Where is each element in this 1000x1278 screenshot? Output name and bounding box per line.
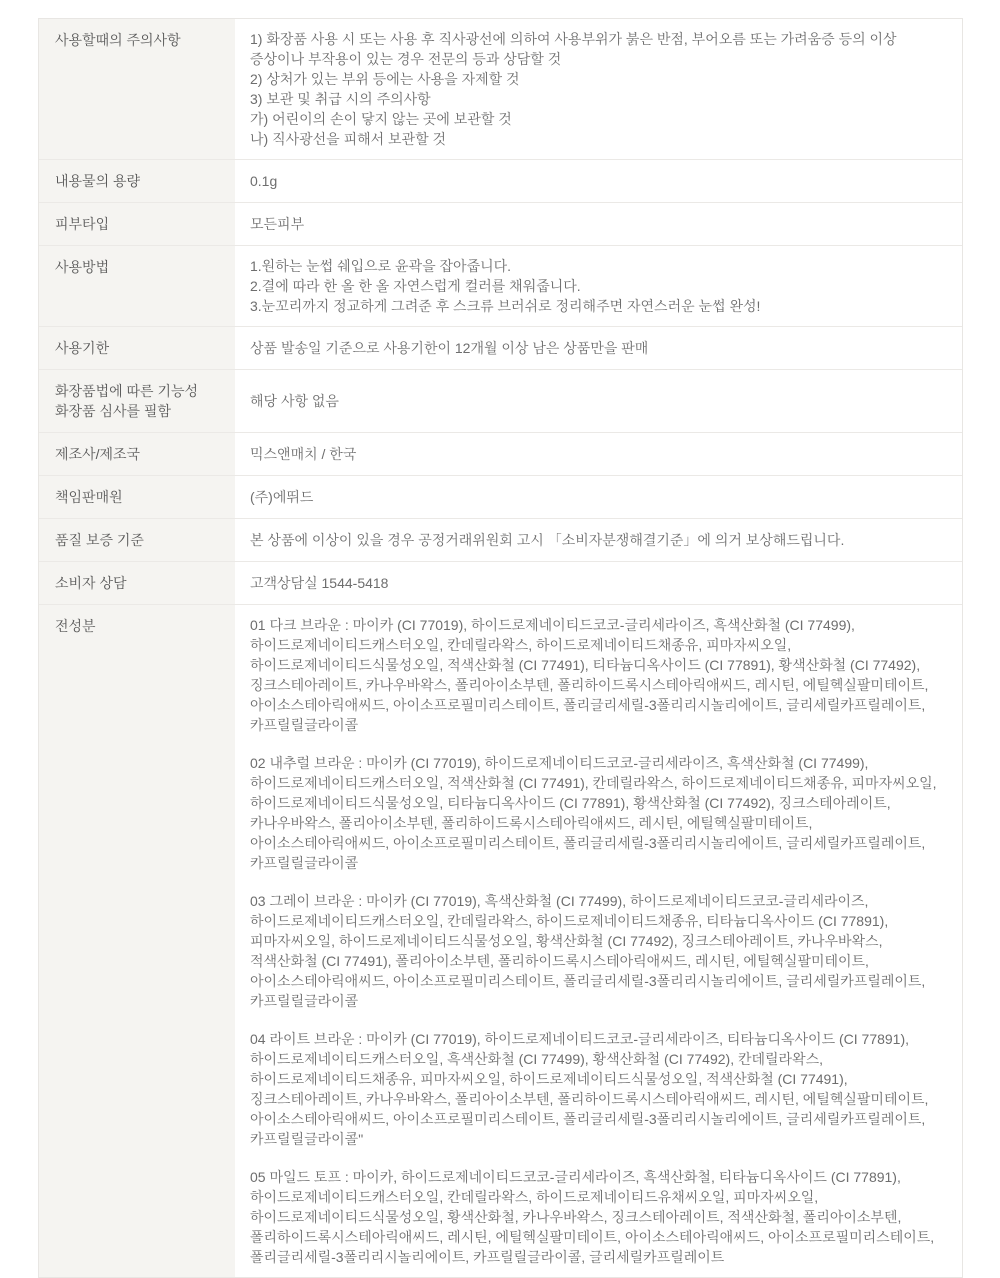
row-value: 고객상담실 1544-5418: [235, 562, 962, 604]
row-label: 화장품법에 따른 기능성 화장품 심사를 필함: [39, 370, 235, 432]
row-label: 피부타입: [39, 203, 235, 245]
value-paragraph: 02 내추럴 브라운 : 마이카 (CI 77019), 하이드로제네이티드코코…: [250, 753, 944, 873]
value-paragraph: 1.원하는 눈썹 쉐입으로 윤곽을 잡아줍니다. 2.결에 따라 한 올 한 올…: [250, 256, 944, 316]
row-value: 믹스앤매치 / 한국: [235, 433, 962, 475]
value-paragraph: 상품 발송일 기준으로 사용기한이 12개월 이상 남은 상품만을 판매: [250, 338, 944, 358]
table-row: 사용할때의 주의사항 1) 화장품 사용 시 또는 사용 후 직사광선에 의하여…: [39, 19, 962, 160]
row-label: 사용기한: [39, 327, 235, 369]
value-paragraph: 해당 사항 없음: [250, 391, 944, 411]
row-label: 제조사/제조국: [39, 433, 235, 475]
value-paragraph: 04 라이트 브라운 : 마이카 (CI 77019), 하이드로제네이티드코코…: [250, 1029, 944, 1149]
row-value: 모든피부: [235, 203, 962, 245]
row-value: 1) 화장품 사용 시 또는 사용 후 직사광선에 의하여 사용부위가 붉은 반…: [235, 19, 962, 159]
row-value: (주)에뛰드: [235, 476, 962, 518]
row-label: 사용할때의 주의사항: [39, 19, 235, 159]
row-value: 상품 발송일 기준으로 사용기한이 12개월 이상 남은 상품만을 판매: [235, 327, 962, 369]
value-paragraph: 고객상담실 1544-5418: [250, 573, 944, 593]
row-value: 1.원하는 눈썹 쉐입으로 윤곽을 잡아줍니다. 2.결에 따라 한 올 한 올…: [235, 246, 962, 326]
value-paragraph: 믹스앤매치 / 한국: [250, 444, 944, 464]
row-label: 책임판매원: [39, 476, 235, 518]
table-row: 화장품법에 따른 기능성 화장품 심사를 필함 해당 사항 없음: [39, 370, 962, 433]
row-label: 내용물의 용량: [39, 160, 235, 202]
value-paragraph: 01 다크 브라운 : 마이카 (CI 77019), 하이드로제네이티드코코-…: [250, 615, 944, 735]
value-paragraph: 05 마일드 토프 : 마이카, 하이드로제네이티드코코-글리세라이즈, 흑색산…: [250, 1167, 944, 1267]
value-paragraph: 1) 화장품 사용 시 또는 사용 후 직사광선에 의하여 사용부위가 붉은 반…: [250, 29, 944, 149]
row-value: 01 다크 브라운 : 마이카 (CI 77019), 하이드로제네이티드코코-…: [235, 605, 962, 1277]
product-info-table: 사용할때의 주의사항 1) 화장품 사용 시 또는 사용 후 직사광선에 의하여…: [38, 18, 963, 1278]
row-label: 품질 보증 기준: [39, 519, 235, 561]
row-value: 해당 사항 없음: [235, 370, 962, 432]
table-row: 책임판매원 (주)에뛰드: [39, 476, 962, 519]
table-row: 제조사/제조국 믹스앤매치 / 한국: [39, 433, 962, 476]
row-label: 소비자 상담: [39, 562, 235, 604]
table-row: 사용방법 1.원하는 눈썹 쉐입으로 윤곽을 잡아줍니다. 2.결에 따라 한 …: [39, 246, 962, 327]
table-row: 사용기한 상품 발송일 기준으로 사용기한이 12개월 이상 남은 상품만을 판…: [39, 327, 962, 370]
table-row: 품질 보증 기준 본 상품에 이상이 있을 경우 공정거래위원회 고시 「소비자…: [39, 519, 962, 562]
row-label: 사용방법: [39, 246, 235, 326]
value-paragraph: 0.1g: [250, 171, 944, 191]
value-paragraph: 본 상품에 이상이 있을 경우 공정거래위원회 고시 「소비자분쟁해결기준」에 …: [250, 530, 944, 550]
table-row: 피부타입 모든피부: [39, 203, 962, 246]
row-label: 전성분: [39, 605, 235, 1277]
table-row: 내용물의 용량 0.1g: [39, 160, 962, 203]
table-row: 소비자 상담 고객상담실 1544-5418: [39, 562, 962, 605]
value-paragraph: (주)에뛰드: [250, 487, 944, 507]
row-value: 본 상품에 이상이 있을 경우 공정거래위원회 고시 「소비자분쟁해결기준」에 …: [235, 519, 962, 561]
table-row: 전성분 01 다크 브라운 : 마이카 (CI 77019), 하이드로제네이티…: [39, 605, 962, 1277]
value-paragraph: 03 그레이 브라운 : 마이카 (CI 77019), 흑색산화철 (CI 7…: [250, 891, 944, 1011]
row-value: 0.1g: [235, 160, 962, 202]
value-paragraph: 모든피부: [250, 214, 944, 234]
